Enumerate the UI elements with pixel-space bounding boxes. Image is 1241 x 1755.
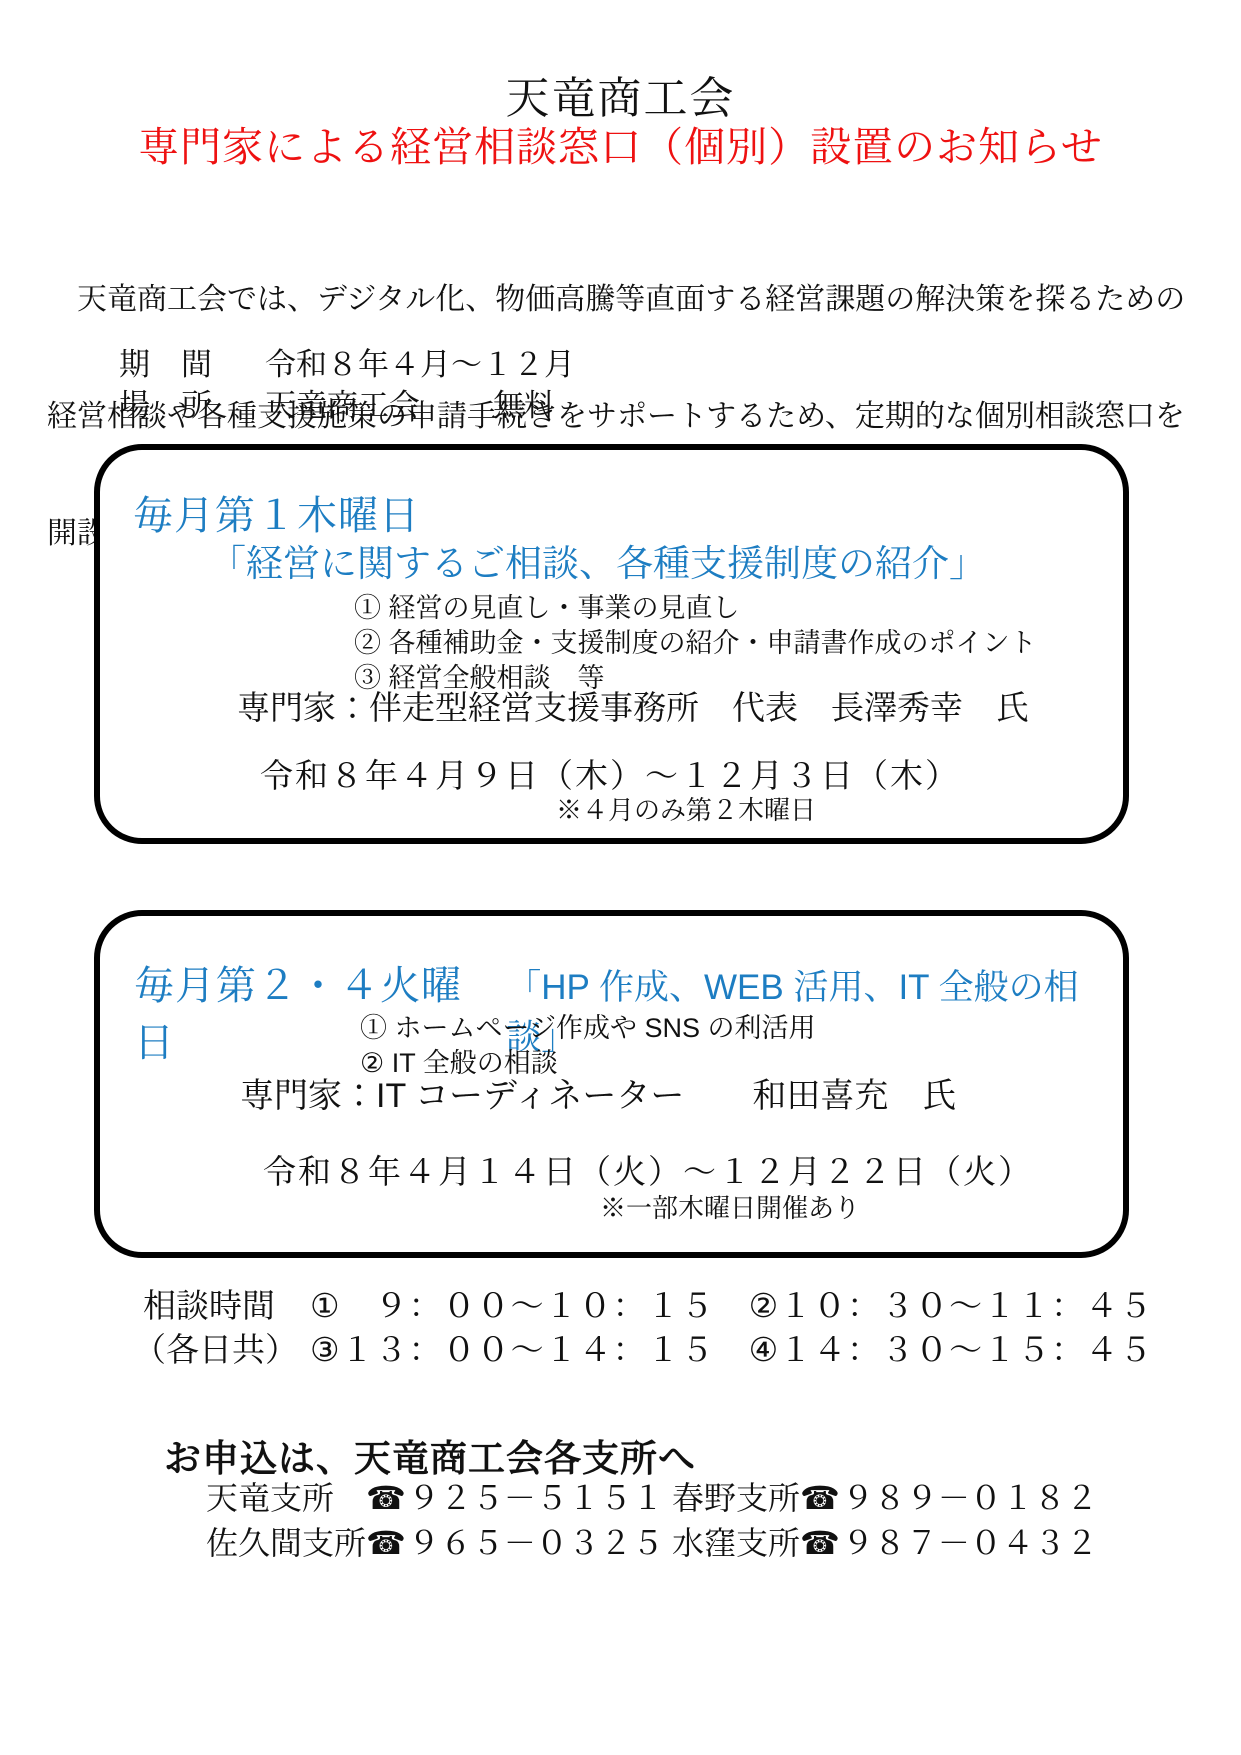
branch-entry-tenryu: 天竜支所 ☎ ９２５－５１５１ [206,1476,672,1521]
times-label-2: （各日共） [133,1328,310,1372]
branch-row-1: 天竜支所 ☎ ９２５－５１５１ 春野支所 ☎ ９８９－０１８２ [206,1476,1098,1521]
box1-item-list: ① 経営の見直し・事業の見直し ② 各種補助金・支援制度の紹介・申請書作成のポイ… [354,591,1037,696]
branch-name: 佐久間支所 [206,1521,366,1566]
times-label-1: 相談時間 [133,1284,310,1328]
box2-expert: 専門家：IT コーディネーター 和田喜充 氏 [240,1068,956,1117]
period-label: 期 間 [119,344,212,385]
branch-row-2: 佐久間支所 ☎ ９６５－０３２５ 水窪支所 ☎ ９８７－０４３２ [206,1521,1098,1566]
application-heading: お申込は、天竜商工会各支所へ [164,1428,696,1482]
phone-icon: ☎ [800,1476,840,1521]
branch-phone: ９８９－０１８２ [842,1476,1098,1521]
phone-icon: ☎ [366,1476,406,1521]
branch-phone: ９６５－０３２５ [408,1521,664,1566]
box2-dates: 令和８年４月１４日（火）～１２月２２日（火） [263,1146,1033,1193]
place-row: 場 所 天竜商工会 無料 [119,385,575,426]
box1-item-2: ② 各種補助金・支援制度の紹介・申請書作成のポイント [354,626,1037,661]
box1-item-1: ① 経営の見直し・事業の見直し [354,591,1037,626]
consultation-times: 相談時間 ① ９：００～１０：１５ ②１０：３０～１１：４５ （各日共） ③１３… [133,1284,1153,1372]
intro-line: 天竜商工会では、デジタル化、物価高騰等直面する経営課題の解決策を探るための [47,280,1202,319]
box2-note: ※一部木曜日開催あり [600,1188,860,1225]
times-values-2: ③１３：００～１４：１５ ④１４：３０～１５：４５ [310,1328,1153,1372]
basic-info: 期 間 令和８年４月～１２月 場 所 天竜商工会 無料 [119,344,575,426]
box2-item-1: ① ホームページ作成や SNS の利活用 [360,1011,815,1046]
page-title: 専門家による経営相談窓口（個別）設置のお知らせ [0,114,1241,173]
branch-entry-sakuma: 佐久間支所 ☎ ９６５－０３２５ [206,1521,672,1566]
branch-name: 春野支所 [672,1476,800,1521]
flyer-page: 天竜商工会 専門家による経営相談窓口（個別）設置のお知らせ 天竜商工会では、デジ… [0,0,1241,1755]
tuesday-consultation-box: 毎月第２・４火曜日 「HP 作成、WEB 活用、IT 全般の相談」 ① ホームペ… [94,910,1129,1258]
branch-name: 天竜支所 [206,1476,366,1521]
period-row: 期 間 令和８年４月～１２月 [119,344,575,385]
times-row-2: （各日共） ③１３：００～１４：１５ ④１４：３０～１５：４５ [133,1328,1153,1372]
fee-value: 無料 [493,385,555,426]
branch-contact-list: 天竜支所 ☎ ９２５－５１５１ 春野支所 ☎ ９８９－０１８２ 佐久間支所 ☎ … [206,1476,1098,1566]
branch-entry-misakubo: 水窪支所 ☎ ９８７－０４３２ [672,1521,1098,1566]
place-value: 天竜商工会 [265,385,420,426]
branch-phone: ９８７－０４３２ [842,1521,1098,1566]
times-values-1: ① ９：００～１０：１５ ②１０：３０～１１：４５ [310,1284,1153,1328]
times-row-1: 相談時間 ① ９：００～１０：１５ ②１０：３０～１１：４５ [133,1284,1153,1328]
place-label: 場 所 [119,385,212,426]
branch-phone: ９２５－５１５１ [408,1476,664,1521]
phone-icon: ☎ [366,1521,406,1566]
period-value: 令和８年４月～１２月 [265,344,575,385]
box1-note: ※４月のみ第２木曜日 [556,790,816,827]
phone-icon: ☎ [800,1521,840,1566]
box1-expert: 専門家：伴走型経営支援事務所 代表 長澤秀幸 氏 [237,682,1029,729]
box1-topic: 「経営に関するご相談、各種支援制度の紹介」 [209,533,986,587]
branch-name: 水窪支所 [672,1521,800,1566]
branch-entry-haruno: 春野支所 ☎ ９８９－０１８２ [672,1476,1098,1521]
thursday-consultation-box: 毎月第１木曜日 「経営に関するご相談、各種支援制度の紹介」 ① 経営の見直し・事… [94,444,1129,844]
